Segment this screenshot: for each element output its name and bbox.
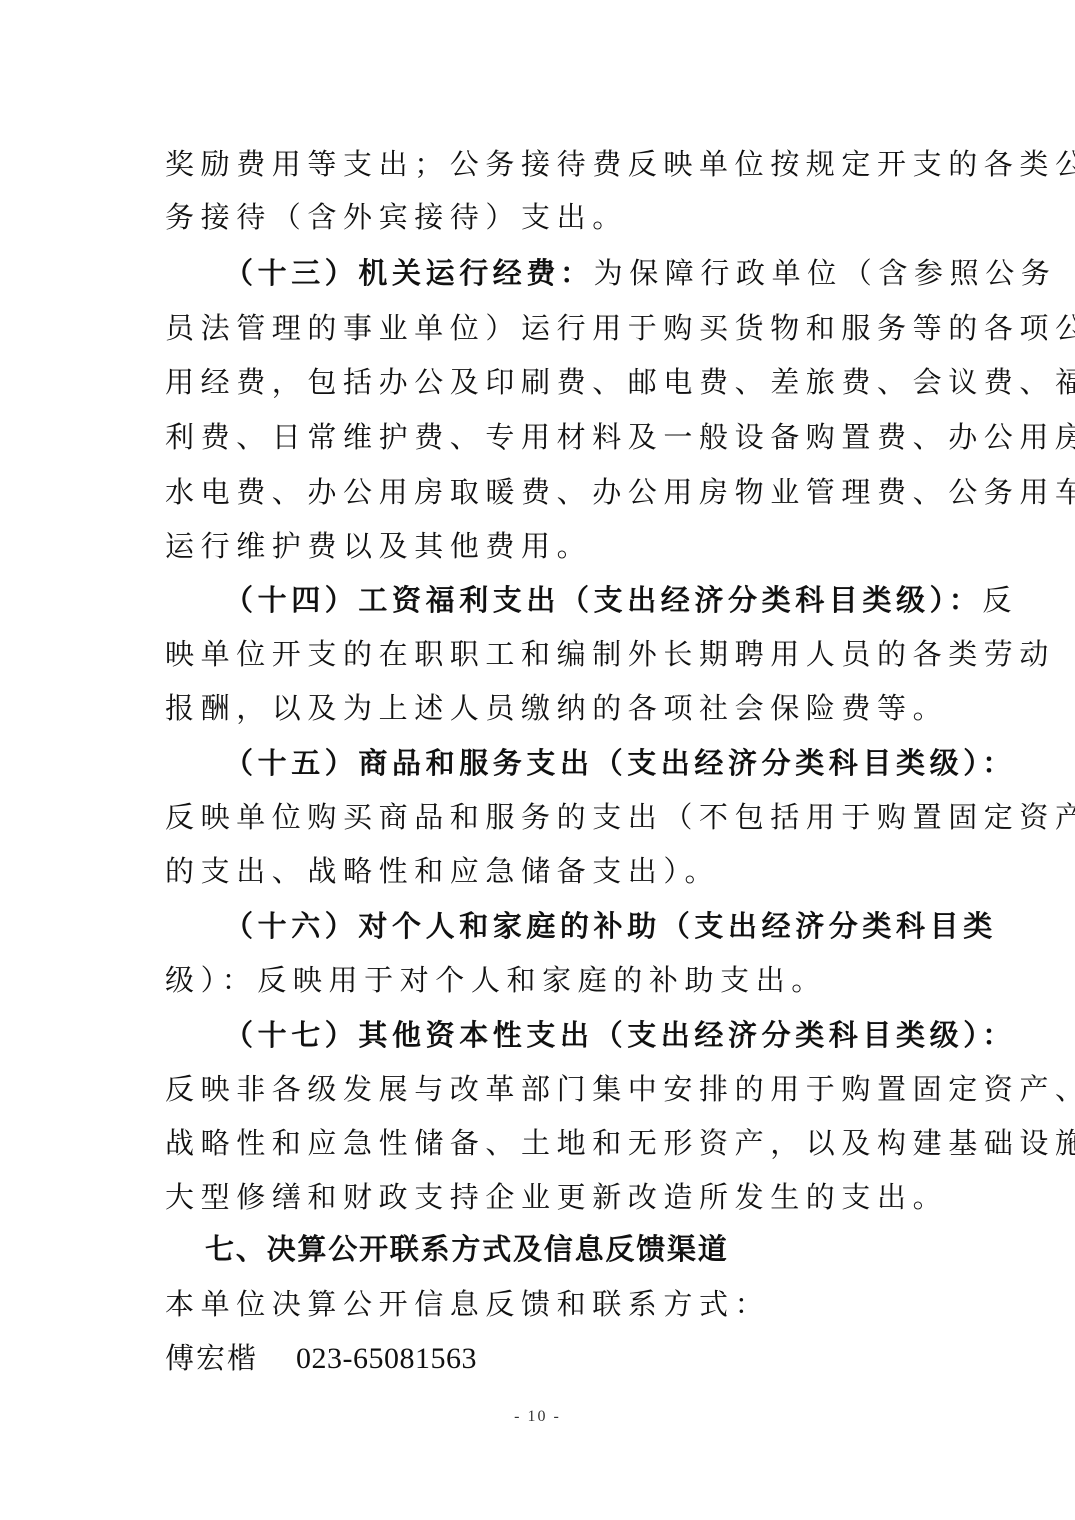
contact-phone: 023-65081563 (296, 1342, 477, 1375)
item-17-heading: （十七）其他资本性支出（支出经济分类科目类级）： (224, 1018, 1016, 1052)
paragraph-line: 反映非各级发展与改革部门集中安排的用于购置固定资产、 (165, 1069, 925, 1109)
paragraph-line: 员法管理的事业单位）运行用于购买货物和服务等的各项公 (165, 308, 925, 348)
paragraph-line: 运行维护费以及其他费用。 (165, 526, 925, 566)
paragraph-line: 务接待（含外宾接待）支出。 (165, 197, 925, 237)
document-page: 奖励费用等支出；公务接待费反映单位按规定开支的各类公 务接待（含外宾接待）支出。… (0, 0, 1075, 1520)
item-14-heading: （十四）工资福利支出（支出经济分类科目类级）： (224, 583, 982, 617)
contact-name: 傅宏楷 (165, 1341, 258, 1375)
paragraph-line: 映单位开支的在职职工和编制外长期聘用人员的各类劳动 (165, 634, 925, 674)
paragraph-line: 水电费、办公用房取暖费、办公用房物业管理费、公务用车 (165, 472, 925, 512)
item-16-first-line: （十六）对个人和家庭的补助（支出经济分类科目类 (224, 906, 984, 946)
item-15-first-line: （十五）商品和服务支出（支出经济分类科目类级）： (224, 743, 984, 783)
item-13-first-line: （十三）机关运行经费：为保障行政单位（含参照公务 (224, 253, 984, 293)
paragraph-line: 级）：反映用于对个人和家庭的补助支出。 (165, 960, 925, 1000)
item-14-text: 反 (982, 583, 1018, 617)
contact-intro: 本单位决算公开信息反馈和联系方式： (165, 1284, 925, 1324)
paragraph-line: 奖励费用等支出；公务接待费反映单位按规定开支的各类公 (165, 144, 925, 184)
item-15-heading: （十五）商品和服务支出（支出经济分类科目类级）： (224, 746, 1016, 780)
item-17-first-line: （十七）其他资本性支出（支出经济分类科目类级）： (224, 1015, 984, 1055)
paragraph-line: 利费、日常维护费、专用材料及一般设备购置费、办公用房 (165, 417, 925, 457)
paragraph-line: 报酬，以及为上述人员缴纳的各项社会保险费等。 (165, 688, 925, 728)
item-13-heading: （十三）机关运行经费： (224, 256, 594, 290)
section-heading: 七、决算公开联系方式及信息反馈渠道 (205, 1229, 965, 1269)
item-16-heading: （十六）对个人和家庭的补助（支出经济分类科目类 (224, 909, 997, 943)
paragraph-line: 的支出、战略性和应急储备支出）。 (165, 851, 925, 891)
paragraph-line: 用经费，包括办公及印刷费、邮电费、差旅费、会议费、福 (165, 362, 925, 402)
item-13-text: 为保障行政单位（含参照公务 (594, 256, 1057, 290)
item-14-first-line: （十四）工资福利支出（支出经济分类科目类级）：反 (224, 580, 984, 620)
paragraph-line: 大型修缮和财政支持企业更新改造所发生的支出。 (165, 1177, 925, 1217)
paragraph-line: 战略性和应急性储备、土地和无形资产，以及构建基础设施、 (165, 1123, 925, 1163)
page-number: - 10 - (0, 1408, 1075, 1426)
contact-line: 傅宏楷023-65081563 (165, 1338, 925, 1378)
paragraph-line: 反映单位购买商品和服务的支出（不包括用于购置固定资产 (165, 797, 925, 837)
